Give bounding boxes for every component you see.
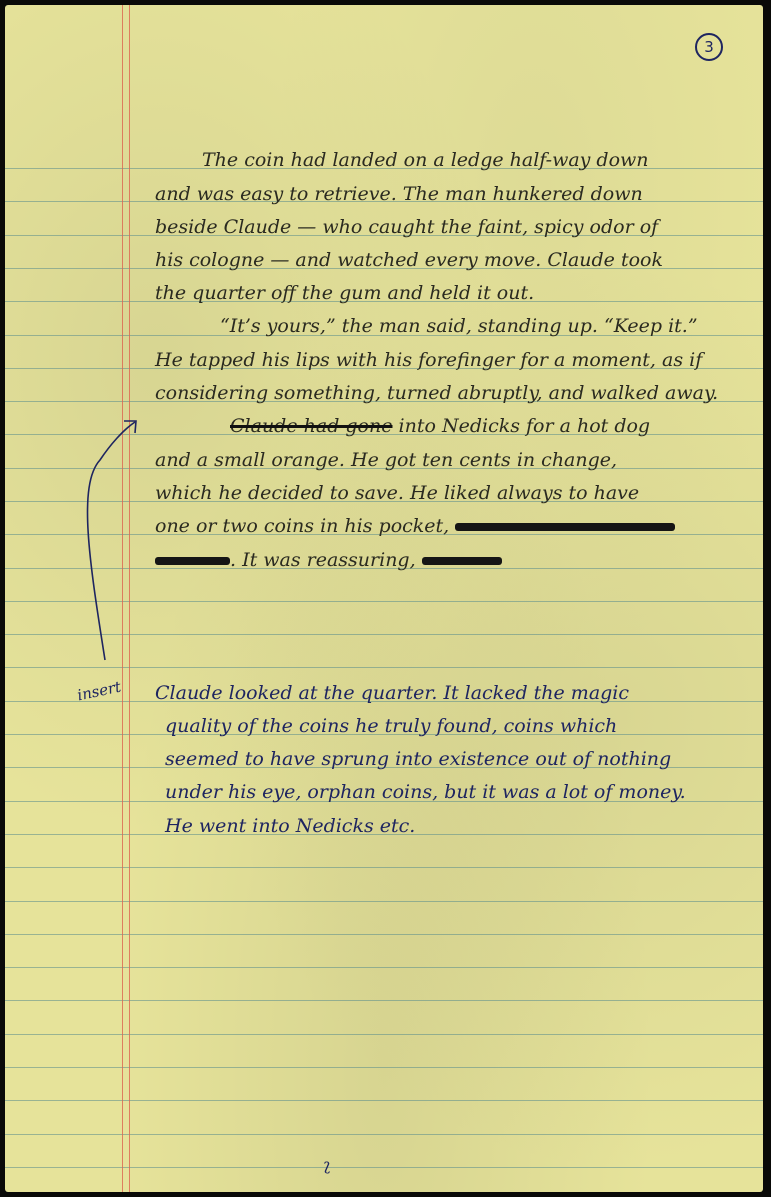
ruled-line [5,1034,763,1035]
scribbled-out-text [455,523,675,531]
scribbled-out-text [422,557,502,565]
insert-line-5: He went into Nedicks etc. [165,817,415,836]
text-line-11: which he decided to save. He liked alway… [155,484,639,503]
ruled-line [5,934,763,935]
ruled-line [5,901,763,902]
text-line-9: Claude had gone into Nedicks for a hot d… [230,417,650,436]
ruled-line [5,1100,763,1101]
text-line-6: “It’s yours,” the man said, standing up.… [220,317,698,336]
ruled-line [5,967,763,968]
text-line-1: The coin had landed on a ledge half-way … [202,151,649,170]
text-line-2: and was easy to retrieve. The man hunker… [155,185,643,204]
text-line-5: the quarter off the gum and held it out. [155,284,534,303]
text-line-13: . It was reassuring, [155,551,502,570]
ruled-line [5,1134,763,1135]
text-line-4: his cologne — and watched every move. Cl… [155,251,663,270]
text-line-12: one or two coins in his pocket, [155,517,675,536]
stray-mark: ʅ [323,1157,331,1173]
insert-line-4: under his eye, orphan coins, but it was … [165,783,686,802]
ruled-line [5,1067,763,1068]
ruled-line [5,1000,763,1001]
margin-line-right [129,5,130,1192]
ruled-line [5,667,763,668]
page-number: 3 [695,33,723,61]
ruled-line [5,601,763,602]
margin-line-left [122,5,123,1192]
struck-text: Claude had gone [230,415,392,437]
scribbled-out-text [155,557,230,565]
insert-line-1: Claude looked at the quarter. It lacked … [155,684,629,703]
text-line-3: beside Claude — who caught the faint, sp… [155,218,658,237]
insert-line-3: seemed to have sprung into existence out… [165,750,671,769]
legal-pad-page: 3 The coin had landed on a ledge half-wa… [5,5,763,1192]
text-line-8: considering something, turned abruptly, … [155,384,718,403]
ruled-line [5,634,763,635]
ruled-line [5,867,763,868]
insert-line-2: quality of the coins he truly found, coi… [165,717,617,736]
text-line-7: He tapped his lips with his forefinger f… [155,351,702,370]
text-line-10: and a small orange. He got ten cents in … [155,451,617,470]
ruled-line [5,1167,763,1168]
